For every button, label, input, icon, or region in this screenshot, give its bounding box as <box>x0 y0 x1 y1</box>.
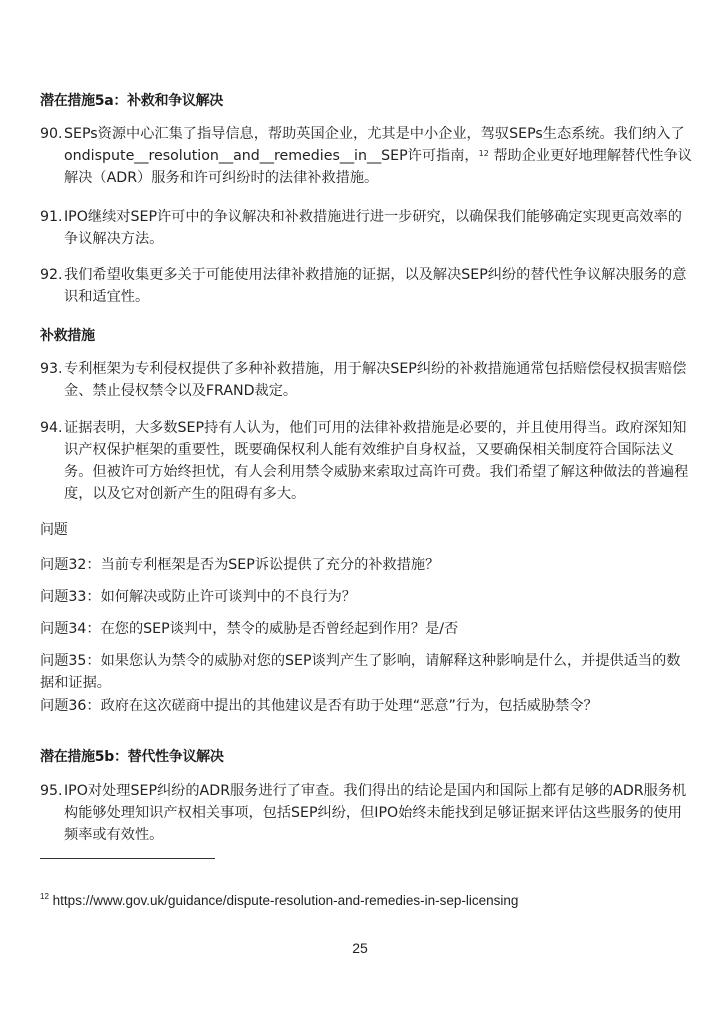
paragraph-body: 我们希望收集更多关于可能使用法律补救措施的证据，以及解决SEP纠纷的替代性争议解… <box>64 264 692 308</box>
question-33: 问题33：如何解决或防止许可谈判中的不良行为？ <box>40 586 690 608</box>
paragraph-number: 94. <box>40 417 64 439</box>
footnote-12: 12 https://www.gov.uk/guidance/dispute-r… <box>40 893 518 908</box>
paragraph-number: 91. <box>40 206 64 228</box>
paragraph-body: 专利框架为专利侵权提供了多种补救措施，用于解决SEP纠纷的补救措施通常包括赔偿侵… <box>64 358 692 402</box>
paragraph-94: 94. 证据表明，大多数SEP持有人认为，他们可用的法律补救措施是必要的，并且使… <box>40 417 690 505</box>
section-heading-questions: 问题 <box>40 519 67 539</box>
footnote-link[interactable]: https://www.gov.uk/guidance/dispute-reso… <box>53 893 519 908</box>
paragraph-body: IPO对处理SEP纠纷的ADR服务进行了审查。我们得出的结论是国内和国际上都有足… <box>64 780 692 846</box>
question-32: 问题32：当前专利框架是否为SEP诉讼提供了充分的补救措施？ <box>40 554 690 576</box>
paragraph-number: 95. <box>40 780 64 802</box>
question-34: 问题34：在您的SEP谈判中，禁令的威胁是否曾经起到作用？是/否 <box>40 618 690 640</box>
paragraph-90: 90. SEPs资源中心汇集了指导信息，帮助英国企业，尤其是中小企业，驾驭SEP… <box>40 123 690 189</box>
paragraph-number: 90. <box>40 123 64 145</box>
question-36: 问题36：政府在这次磋商中提出的其他建议是否有助于处理“恶意”行为，包括威胁禁令… <box>40 695 690 717</box>
section-heading-remedies: 补救措施 <box>40 325 95 345</box>
paragraph-92: 92. 我们希望收集更多关于可能使用法律补救措施的证据，以及解决SEP纠纷的替代… <box>40 264 690 308</box>
paragraph-body: 证据表明，大多数SEP持有人认为，他们可用的法律补救措施是必要的，并且使用得当。… <box>64 417 692 505</box>
paragraph-91: 91. IPO继续对SEP许可中的争议解决和补救措施进行进一步研究，以确保我们能… <box>40 206 690 250</box>
question-35: 问题35：如果您认为禁令的威胁对您的SEP谈判产生了影响，请解释这种影响是什么，… <box>40 650 690 694</box>
paragraph-93: 93. 专利框架为专利侵权提供了多种补救措施，用于解决SEP纠纷的补救措施通常包… <box>40 358 690 402</box>
paragraph-number: 93. <box>40 358 64 380</box>
page-number: 25 <box>0 940 720 956</box>
paragraph-number: 92. <box>40 264 64 286</box>
document-page: 潜在措施5a：补救和争议解决 90. SEPs资源中心汇集了指导信息，帮助英国企… <box>0 0 720 1017</box>
section-heading-5a: 潜在措施5a：补救和争议解决 <box>40 90 223 110</box>
paragraph-body: IPO继续对SEP许可中的争议解决和补救措施进行进一步研究，以确保我们能够确定实… <box>64 206 692 250</box>
paragraph-95: 95. IPO对处理SEP纠纷的ADR服务进行了审查。我们得出的结论是国内和国际… <box>40 780 690 846</box>
footnote-marker: 12 <box>40 892 49 901</box>
paragraph-body: SEPs资源中心汇集了指导信息，帮助英国企业，尤其是中小企业，驾驭SEPs生态系… <box>64 123 692 189</box>
footnote-separator <box>40 858 215 859</box>
footnote-ref[interactable]: 12 <box>479 149 489 158</box>
section-heading-5b: 潜在措施5b：替代性争议解决 <box>40 746 224 766</box>
